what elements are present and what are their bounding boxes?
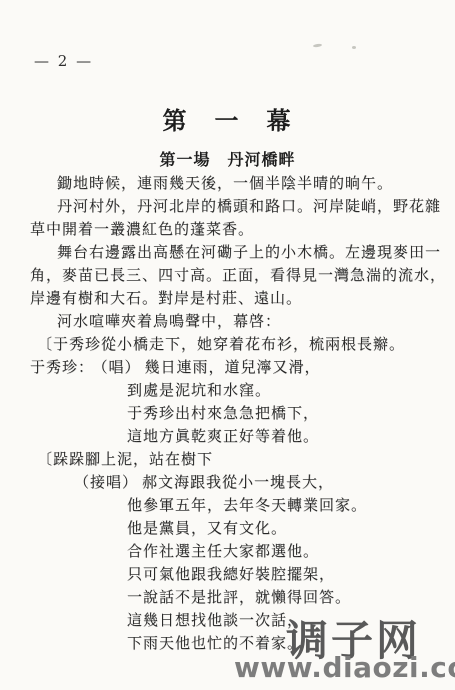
- dialogue-line: （接唱）郝文海跟我從小一塊長大，: [30, 471, 437, 494]
- lyric-line: 只可氣他跟我總好裝腔擺架，: [30, 563, 437, 586]
- stage-direction-line: 〔跺跺腳上泥，站在樹下: [30, 448, 437, 471]
- stage-direction-line: 〔于秀珍從小橋走下，她穿着花布衫，梳兩根長辮。: [30, 333, 437, 356]
- stage-direction-line: 丹河村外，丹河北岸的橋頭和路口。河岸陡峭，野花雜: [30, 195, 437, 218]
- page-number: — 2 —: [34, 52, 93, 70]
- scan-speck: [313, 43, 322, 47]
- stage-direction-line: 鋤地時候，連雨幾天後，一個半陰半晴的晌午。: [30, 172, 437, 195]
- lyric-line: 到處是泥坑和水窪。: [30, 379, 437, 402]
- lyric-line: 于秀珍出村來急急把橋下，: [30, 402, 437, 425]
- lyric-line: 一說話不是批評，就懶得回答。: [30, 586, 437, 609]
- scanned-book-page: — 2 — 第 一 幕 第一場 丹河橋畔 鋤地時候，連雨幾天後，一個半陰半晴的晌…: [0, 0, 455, 690]
- lyric-text: 幾日連雨，道兒濘又滑，: [145, 358, 321, 376]
- stage-direction-line: 草中開着一叢濃紅色的蓬菜香。: [30, 218, 437, 241]
- singing-cue: （接唱）: [74, 473, 138, 491]
- speaker-name: 于秀珍：: [30, 358, 94, 376]
- scan-speck: [352, 46, 356, 49]
- stage-direction-line: 舞台右邊露出高懸在河磡子上的小木橋。左邊現麥田一: [30, 241, 437, 264]
- watermark-site-url: www.diaozi.com: [234, 651, 455, 684]
- lyric-text: 郝文海跟我從小一塊長大，: [142, 473, 334, 491]
- scene-title: 第一場 丹河橋畔: [0, 147, 455, 170]
- lyric-line: 這地方眞乾爽正好等着他。: [30, 425, 437, 448]
- lyric-line: 合作社選主任大家都選他。: [30, 540, 437, 563]
- lyric-line: 他是黨員，又有文化。: [30, 517, 437, 540]
- dialogue-line: 于秀珍：（唱）幾日連雨，道兒濘又滑，: [30, 356, 437, 379]
- singing-cue: （唱）: [100, 358, 141, 376]
- script-body: 鋤地時候，連雨幾天後，一個半陰半晴的晌午。 丹河村外，丹河北岸的橋頭和路口。河岸…: [30, 172, 437, 655]
- lyric-line: 他參軍五年，去年冬天轉業回家。: [30, 494, 437, 517]
- stage-direction-line: 河水喧嘩夾着鳥鳴聲中，幕啓：: [30, 310, 437, 333]
- stage-direction-line: 岸邊有樹和大石。對岸是村莊、遠山。: [30, 287, 437, 310]
- act-title: 第 一 幕: [0, 101, 455, 136]
- stage-direction-line: 角，麥苗已長三、四寸高。正面，看得見一灣急湍的流水，: [30, 264, 437, 287]
